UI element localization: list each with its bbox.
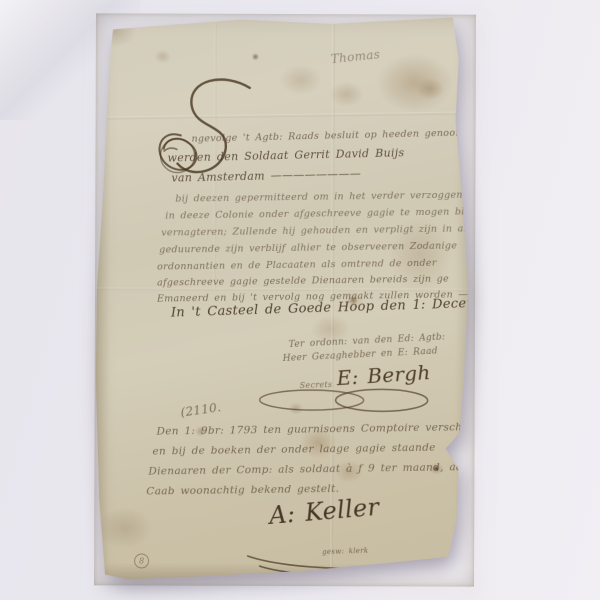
note-line: Den 1: 9br: 1793 ten guarnisoens Comptoi… (156, 421, 496, 438)
clerk-title: gesw: klerk (322, 547, 369, 556)
manuscript-line: in deeze Colonie onder afgeschreeve gagi… (165, 206, 489, 222)
manuscript-line: vernagteren; Zullende hij gehouden en ve… (161, 223, 481, 238)
secretary-title: Secrets (300, 380, 333, 390)
manuscript-line: ordonnantien en de Placaaten als omtrend… (157, 258, 437, 273)
paper-sheet: Thomas ngevolge 't Agtb: Raads besluit o… (94, 13, 476, 586)
photo-of-manuscript: Thomas ngevolge 't Agtb: Raads besluit o… (0, 0, 600, 600)
note-line: en bij de boeken der onder laage gagie s… (152, 442, 435, 458)
clerk-signature: A: Keller (268, 493, 380, 530)
manuscript-paper: Thomas ngevolge 't Agtb: Raads besluit o… (94, 13, 476, 586)
note-line: Caab woonachtig bekend gestelt. (146, 483, 339, 498)
manuscript-line: afgeschreeve gagie gestelde Dienaaren be… (157, 273, 449, 288)
page-mark: 8 (134, 553, 149, 568)
signature-flourish-icon (257, 386, 432, 415)
header-inscription: Thomas (330, 47, 381, 66)
signature-flourish-icon (239, 532, 549, 583)
manuscript-line: bij deezen gepermitteerd om in het verde… (175, 189, 478, 204)
registration-number: (2110. (180, 400, 222, 419)
manuscript-line: geduurende zijn verblijf alhier te obser… (159, 240, 457, 255)
note-line: Dienaaren der Comp: als soldaat à ƒ 9 te… (148, 461, 483, 478)
